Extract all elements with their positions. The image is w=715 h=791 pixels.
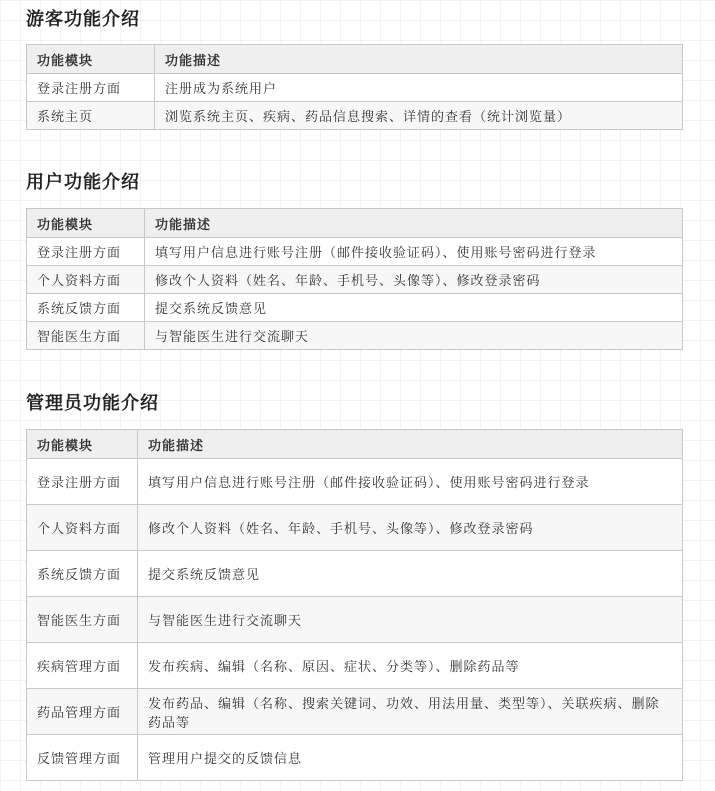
- module-cell: 个人资料方面: [27, 266, 145, 294]
- description-cell: 管理用户提交的反馈信息: [138, 735, 683, 781]
- table-row: 系统主页 浏览系统主页、疾病、药品信息搜索、详情的查看（统计浏览量）: [27, 102, 683, 130]
- table-row: 智能医生方面 与智能医生进行交流聊天: [27, 322, 683, 350]
- description-cell: 与智能医生进行交流聊天: [145, 322, 683, 350]
- section-title: 游客功能介绍: [26, 6, 683, 34]
- section-user: 用户功能介绍 功能模块 功能描述 登录注册方面 填写用户信息进行账号注册（邮件接…: [26, 169, 683, 350]
- module-cell: 疾病管理方面: [27, 643, 138, 689]
- module-cell: 个人资料方面: [27, 505, 138, 551]
- module-cell: 药品管理方面: [27, 689, 138, 735]
- description-cell: 修改个人资料（姓名、年龄、手机号、头像等）、修改登录密码: [145, 266, 683, 294]
- description-cell: 填写用户信息进行账号注册（邮件接收验证码）、使用账号密码进行登录: [145, 238, 683, 266]
- table-row: 系统反馈方面 提交系统反馈意见: [27, 551, 683, 597]
- column-header-module: 功能模块: [27, 209, 145, 238]
- module-cell: 系统反馈方面: [27, 551, 138, 597]
- column-header-description: 功能描述: [155, 45, 683, 74]
- section-admin: 管理员功能介绍 功能模块 功能描述 登录注册方面 填写用户信息进行账号注册（邮件…: [26, 390, 683, 781]
- description-cell: 注册成为系统用户: [155, 74, 683, 102]
- description-cell: 浏览系统主页、疾病、药品信息搜索、详情的查看（统计浏览量）: [155, 102, 683, 130]
- module-cell: 反馈管理方面: [27, 735, 138, 781]
- table-row: 系统反馈方面 提交系统反馈意见: [27, 294, 683, 322]
- table-row: 疾病管理方面 发布疾病、编辑（名称、原因、症状、分类等）、删除药品等: [27, 643, 683, 689]
- description-cell: 修改个人资料（姓名、年龄、手机号、头像等）、修改登录密码: [138, 505, 683, 551]
- description-cell: 发布疾病、编辑（名称、原因、症状、分类等）、删除药品等: [138, 643, 683, 689]
- section-title: 管理员功能介绍: [26, 390, 683, 418]
- description-cell: 与智能医生进行交流聊天: [138, 597, 683, 643]
- module-cell: 系统反馈方面: [27, 294, 145, 322]
- module-cell: 系统主页: [27, 102, 155, 130]
- module-cell: 智能医生方面: [27, 322, 145, 350]
- column-header-description: 功能描述: [145, 209, 683, 238]
- table-row: 反馈管理方面 管理用户提交的反馈信息: [27, 735, 683, 781]
- column-header-description: 功能描述: [138, 430, 683, 459]
- table-row: 个人资料方面 修改个人资料（姓名、年龄、手机号、头像等）、修改登录密码: [27, 266, 683, 294]
- table-row: 登录注册方面 填写用户信息进行账号注册（邮件接收验证码）、使用账号密码进行登录: [27, 238, 683, 266]
- description-cell: 提交系统反馈意见: [138, 551, 683, 597]
- description-cell: 填写用户信息进行账号注册（邮件接收验证码）、使用账号密码进行登录: [138, 459, 683, 505]
- module-cell: 登录注册方面: [27, 459, 138, 505]
- section-visitor: 游客功能介绍 功能模块 功能描述 登录注册方面 注册成为系统用户 系统主页 浏览…: [26, 6, 683, 130]
- table-header-row: 功能模块 功能描述: [27, 45, 683, 74]
- column-header-module: 功能模块: [27, 430, 138, 459]
- table-row: 登录注册方面 填写用户信息进行账号注册（邮件接收验证码）、使用账号密码进行登录: [27, 459, 683, 505]
- module-cell: 登录注册方面: [27, 74, 155, 102]
- module-cell: 登录注册方面: [27, 238, 145, 266]
- column-header-module: 功能模块: [27, 45, 155, 74]
- section-title: 用户功能介绍: [26, 169, 683, 197]
- table-header-row: 功能模块 功能描述: [27, 209, 683, 238]
- feature-table: 功能模块 功能描述 登录注册方面 注册成为系统用户 系统主页 浏览系统主页、疾病…: [26, 44, 683, 130]
- table-row: 智能医生方面 与智能医生进行交流聊天: [27, 597, 683, 643]
- table-row: 药品管理方面 发布药品、编辑（名称、搜索关键词、功效、用法用量、类型等）、关联疾…: [27, 689, 683, 735]
- feature-table: 功能模块 功能描述 登录注册方面 填写用户信息进行账号注册（邮件接收验证码）、使…: [26, 208, 683, 350]
- table-row: 个人资料方面 修改个人资料（姓名、年龄、手机号、头像等）、修改登录密码: [27, 505, 683, 551]
- feature-table: 功能模块 功能描述 登录注册方面 填写用户信息进行账号注册（邮件接收验证码）、使…: [26, 429, 683, 781]
- table-row: 登录注册方面 注册成为系统用户: [27, 74, 683, 102]
- module-cell: 智能医生方面: [27, 597, 138, 643]
- table-header-row: 功能模块 功能描述: [27, 430, 683, 459]
- description-cell: 发布药品、编辑（名称、搜索关键词、功效、用法用量、类型等）、关联疾病、删除药品等: [138, 689, 683, 735]
- description-cell: 提交系统反馈意见: [145, 294, 683, 322]
